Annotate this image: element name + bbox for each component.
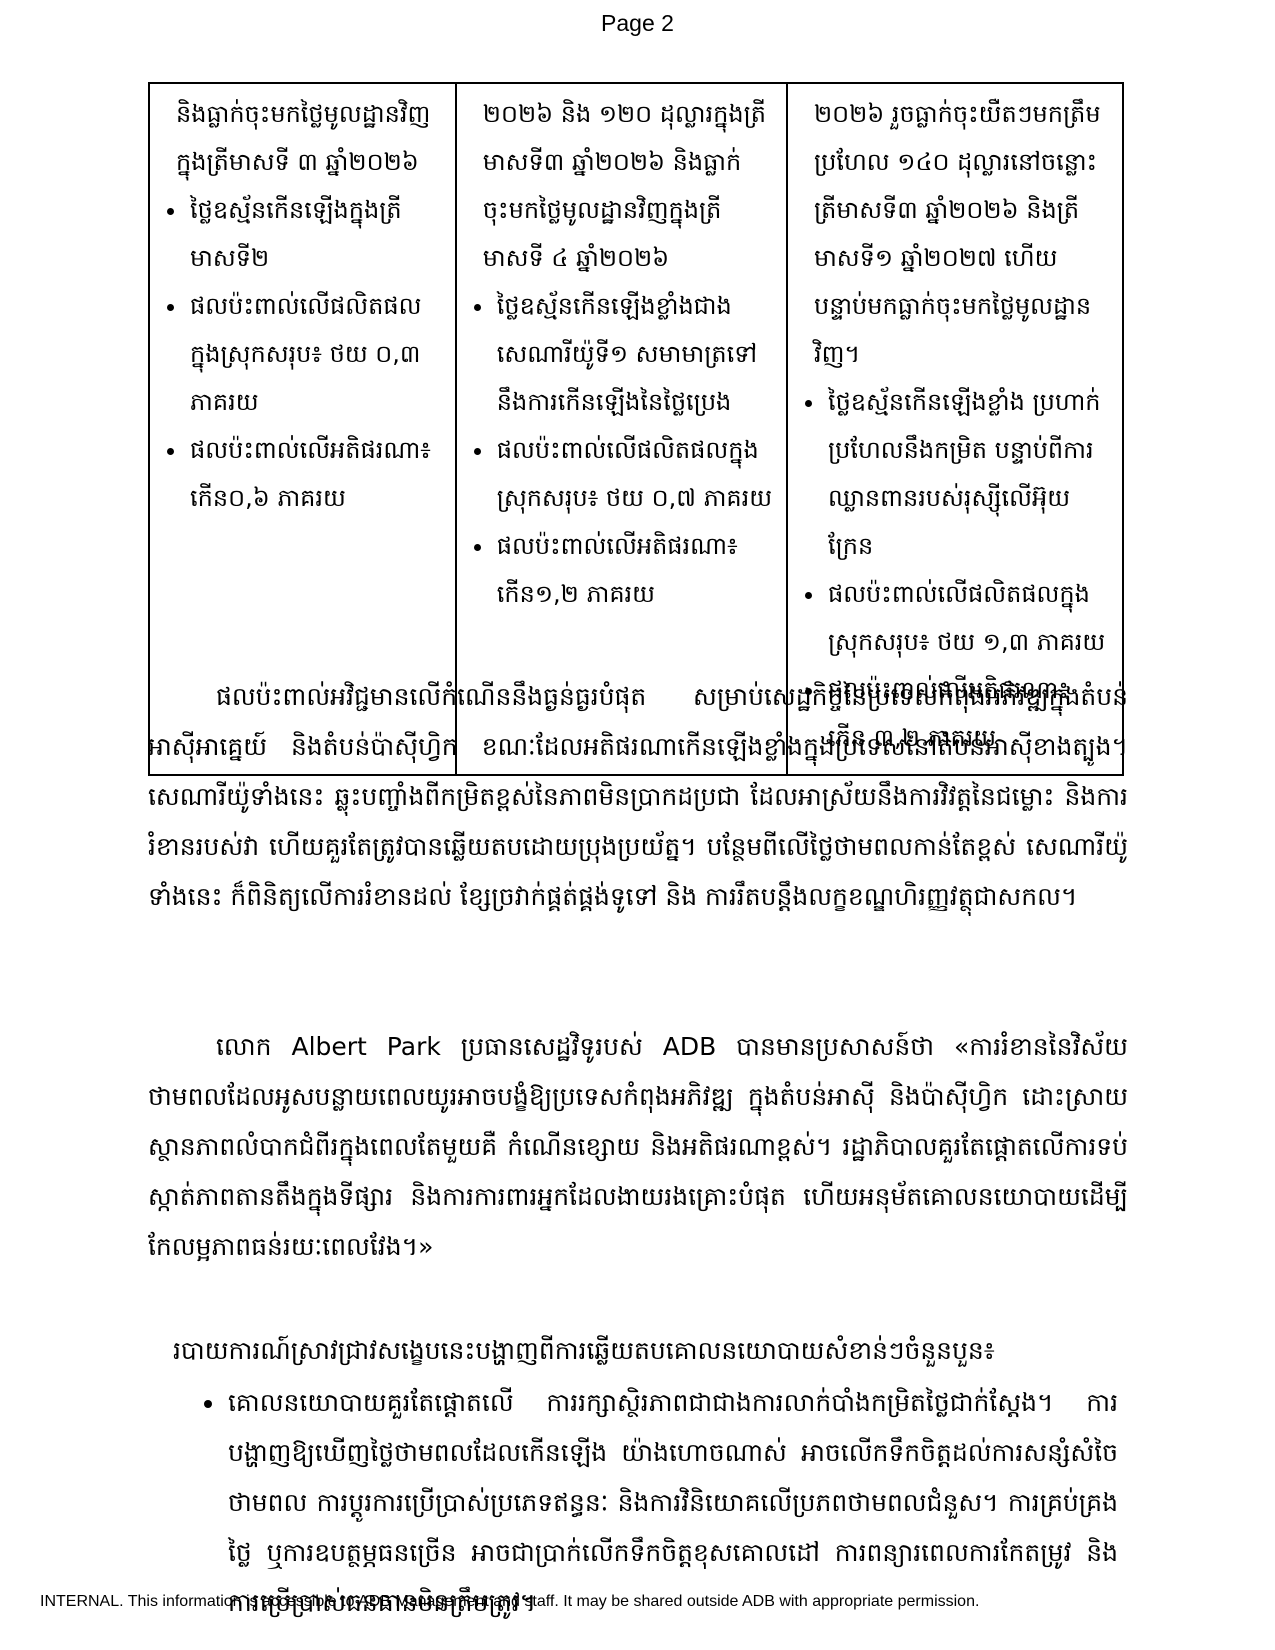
scenario-3-bullet: ផលប៉ះពាល់លើផលិតផលក្នុងស្រុកសរុប៖ ថយ ១,៣ …	[826, 570, 1110, 666]
paragraph-albert-park-quote: លោក Albert Park ប្រធានសេដ្ឋវិទូរបស់ ADB …	[148, 1022, 1128, 1272]
paragraph-growth-impact: ផលប៉ះពាល់អវិជ្ជមានលើកំណើននឹងធ្ងន់ធ្ងរបំផ…	[148, 672, 1128, 922]
policy-bullet-list: គោលនយោបាយគួរតែផ្តោតលើ ការរក្សាស្ថិរភាពជា…	[190, 1378, 1118, 1628]
scenario-2-bullet: ផលប៉ះពាល់លើផលិតផលក្នុងស្រុកសរុប៖ ថយ ០,៧ …	[495, 426, 774, 522]
scenario-1-bullet: ផលប៉ះពាល់លើអតិផរណា៖ កើន០,៦ ភាគរយ	[188, 426, 443, 522]
scenario-1-bullet: ថ្លៃឧស្ម័នកើនឡើងក្នុងត្រីមាសទី២	[188, 186, 443, 282]
page-number-label: Page 2	[0, 0, 1275, 37]
scenario-2-bullet-list: ថ្លៃឧស្ម័នកើនឡើងខ្លាំងជាងសេណារីយ៉ូទី១ សម…	[469, 282, 774, 618]
scenario-1-bullet-list: ថ្លៃឧស្ម័នកើនឡើងក្នុងត្រីមាសទី២ ផលប៉ះពាល…	[162, 186, 443, 522]
document-page: Page 2 និងធ្លាក់ចុះមកថ្លៃមូលដ្ឋានវិញក្នុ…	[0, 0, 1275, 1650]
scenario-3-bullet: ថ្លៃឧស្ម័នកើនឡើងខ្លាំង ប្រហាក់ប្រហែលនឹងក…	[826, 378, 1110, 570]
scenario-2-intro-text: ២០២៦ និង ១២០ ដុល្លារក្នុងត្រីមាសទី៣ ឆ្នា…	[483, 90, 774, 282]
scenario-2-bullet: ថ្លៃឧស្ម័នកើនឡើងខ្លាំងជាងសេណារីយ៉ូទី១ សម…	[495, 282, 774, 426]
footer-disclaimer: INTERNAL. This information is accessible…	[40, 1592, 1140, 1612]
scenario-3-intro-text: ២០២៦ រួចធ្លាក់ចុះយឺតៗមកត្រឹមប្រហែល ១៤០ ដ…	[814, 90, 1110, 378]
scenario-1-bullet: ផលប៉ះពាល់លើផលិតផលក្នុងស្រុកសរុប៖ ថយ ០,៣ …	[188, 282, 443, 426]
policy-bullet-price-stability: គោលនយោបាយគួរតែផ្តោតលើ ការរក្សាស្ថិរភាពជា…	[226, 1378, 1118, 1628]
scenario-1-intro-text: និងធ្លាក់ចុះមកថ្លៃមូលដ្ឋានវិញក្នុងត្រីមា…	[176, 90, 443, 186]
scenario-2-bullet: ផលប៉ះពាល់លើអតិផរណា៖ កើន១,២ ភាគរយ	[495, 522, 774, 618]
policy-section-intro: របាយការណ៍ស្រាវជ្រាវសង្ខេបនេះបង្ហាញពីការឆ…	[173, 1326, 1128, 1376]
